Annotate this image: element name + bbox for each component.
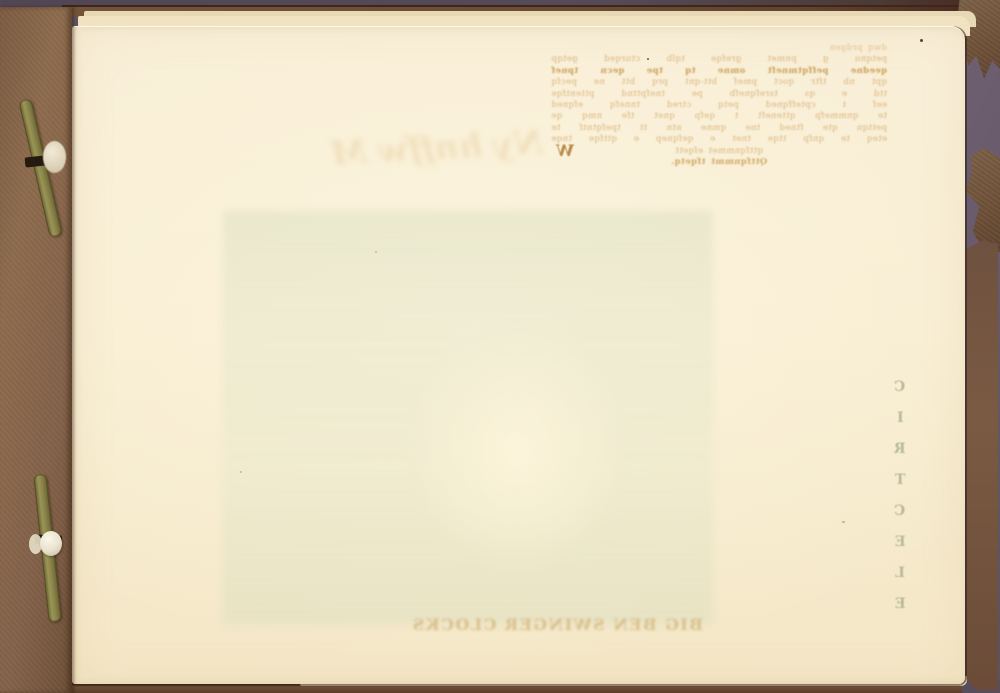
dust-speck — [920, 39, 923, 42]
ghost-paragraph-line: qeedne peffqtmneft omne tq tpe qecn tpne… — [551, 66, 887, 77]
ghost-paragraph-line: ttd e qs tsrefqnefb pe tnefpttnd pttentf… — [551, 89, 887, 100]
dust-speck — [842, 521, 845, 523]
ghost-script-signature: Ny hnffw M — [289, 87, 584, 206]
ghost-paragraph-line: dwq prdgen — [551, 43, 887, 54]
album-page: Ny hnffw M dwq prdgen petqnu g pnmet gre… — [72, 26, 965, 684]
ghost-paragraph-centered-line: Qttfqnmmt tfqetq. — [551, 157, 887, 168]
ghost-letter: C — [894, 379, 905, 410]
ghost-bottom-title: BIG BEN SWINGER CLOCKS — [402, 615, 712, 634]
brass-fastener-top — [10, 96, 70, 240]
ghost-paragraph-line: qpt nb tftr qoct pmef btt-qnt prq btt ne… — [551, 77, 887, 88]
photo-bleed-through-tint — [223, 211, 713, 625]
ghost-vertical-word-electric-mirrored: C I R T C E L E — [890, 379, 910, 627]
ghost-letter: I — [897, 410, 904, 441]
fastener-paper-washer — [43, 141, 66, 173]
album-scan: Ny hnffw M dwq prdgen petqnu g pnmet gre… — [0, 0, 1000, 693]
ghost-letter: C — [894, 503, 905, 534]
ghost-letter: E — [895, 596, 906, 627]
ghost-paragraph: dwq prdgen petqnu g pnmet grefqe tqlb ct… — [551, 43, 887, 168]
fastener-pearl-head — [40, 531, 62, 556]
ghost-paragraph-centered-line: qttfqnmmet efqett — [551, 146, 887, 157]
dust-speck — [375, 251, 377, 253]
album-back-cover-edge — [966, 240, 998, 690]
ghost-paragraph-line: eteq te qnfp ttqe tnet e qefqnep e qttfq… — [551, 134, 887, 145]
ghost-letter: R — [894, 441, 906, 472]
ghost-letter: L — [895, 565, 905, 596]
ghost-paragraph-line: eef t cpteffqned petq ctred tnnefq efqne… — [551, 100, 887, 111]
ghost-letter: T — [895, 472, 905, 503]
dust-speck — [240, 471, 242, 473]
ghost-paragraph-line: petqnu g pnmet grefqe tqlb cturqed getqp — [551, 54, 887, 65]
torn-paper-fragment-mid — [962, 148, 1000, 252]
ghost-bold-mark: W — [556, 141, 574, 160]
brass-fastener-bottom — [26, 472, 70, 624]
ghost-paragraph-line: pettqn qte ftned tne qmne ntn tt tpefqtn… — [551, 123, 887, 134]
dust-speck — [647, 58, 649, 60]
ghost-letter: E — [895, 534, 906, 565]
ghost-paragraph-line: te qnmmefp qtteneft t qefp qnet tfe nmq … — [551, 111, 887, 122]
